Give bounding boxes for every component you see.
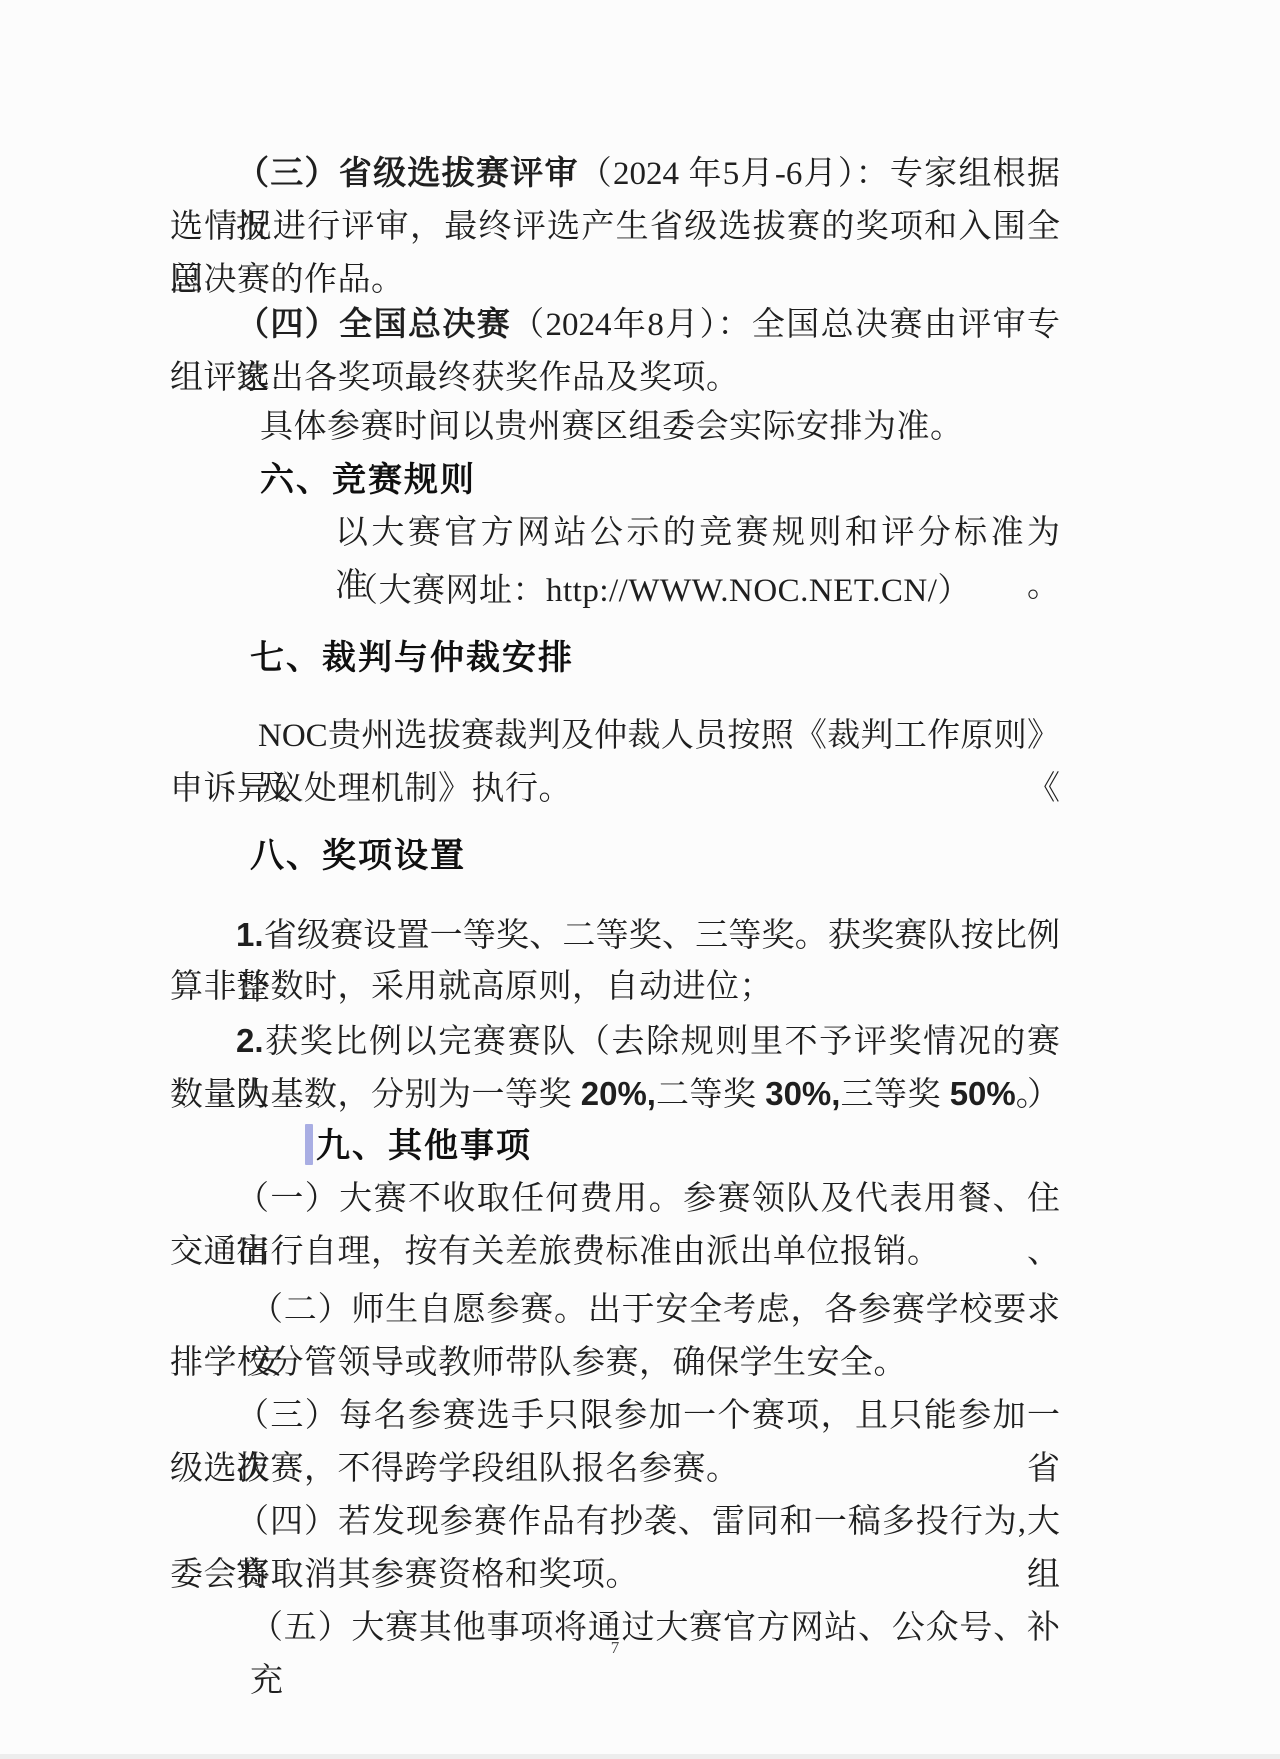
- text-segment: 算非整数时，采用就高原则，自动进位；: [170, 969, 773, 1005]
- text-segment: 20%,: [581, 1075, 656, 1112]
- text-segment: （四）全国总决赛: [236, 307, 511, 343]
- text-line[interactable]: 1.省级赛设置一等奖、二等奖、三等奖。获奖赛队按比例计: [170, 908, 1060, 961]
- text-line[interactable]: 组评选出各奖项最终获奖作品及奖项。: [170, 352, 1060, 405]
- text-segment: 三等奖: [840, 1077, 949, 1113]
- text-line[interactable]: 2.获奖比例以完赛赛队（去除规则里不予评奖情况的赛队）: [170, 1014, 1060, 1067]
- text-line[interactable]: 算非整数时，采用就高原则，自动进位；: [170, 961, 1060, 1014]
- text-segment: 八、奖项设置: [250, 837, 466, 875]
- heading-line[interactable]: 六、竞赛规则: [170, 454, 1060, 507]
- text-line[interactable]: （三）每名参赛选手只限参加一个赛项，且只能参加一次省: [170, 1390, 1060, 1443]
- text-line[interactable]: （三）省级选拔赛评审（2024 年5月-6月）：专家组根据报: [170, 148, 1060, 201]
- text-line[interactable]: （四）全国总决赛（2024年8月）：全国总决赛由评审专家: [170, 299, 1060, 352]
- text-line[interactable]: 排学校分管领导或教师带队参赛，确保学生安全。: [170, 1337, 1060, 1390]
- text-segment: （大赛网址：http://WWW.NOC.NET.CN/）: [345, 573, 971, 609]
- text-segment: 50%: [950, 1075, 1016, 1112]
- text-line[interactable]: 数量为基数，分别为一等奖 20%,二等奖 30%,三等奖 50%。: [170, 1067, 1060, 1120]
- text-segment: 委会将取消其参赛资格和奖项。: [170, 1557, 639, 1593]
- text-line[interactable]: 交通出行自理，按有关差旅费标准由派出单位报销。: [170, 1226, 1060, 1279]
- text-segment: 二等奖: [656, 1077, 765, 1113]
- text-segment: 。: [1016, 1077, 1050, 1113]
- text-segment: 组评选出各奖项最终获奖作品及奖项。: [170, 360, 740, 396]
- text-cursor: [305, 1124, 313, 1165]
- text-segment: 2.: [236, 1022, 264, 1059]
- text-line[interactable]: （一）大赛不收取任何费用。参赛领队及代表用餐、住宿、: [170, 1173, 1060, 1226]
- document-content: （三）省级选拔赛评审（2024 年5月-6月）：专家组根据报选情况进行评审，最终…: [170, 148, 1060, 1655]
- text-line[interactable]: （大赛网址：http://WWW.NOC.NET.CN/）: [170, 565, 1060, 618]
- text-segment: 1.: [236, 916, 264, 953]
- page-number: 7: [170, 1638, 1060, 1658]
- text-segment: 六、竞赛规则: [260, 461, 476, 499]
- text-segment: （三）省级选拔赛评审: [236, 156, 579, 192]
- text-segment: 数量为基数，分别为一等奖: [170, 1077, 581, 1113]
- page-edge-divider: [0, 1754, 1280, 1759]
- heading-line[interactable]: 八、奖项设置: [170, 830, 1060, 883]
- text-segment: 30%,: [765, 1075, 840, 1112]
- text-segment: 总决赛的作品。: [170, 262, 405, 298]
- text-line[interactable]: （二）师生自愿参赛。出于安全考虑，各参赛学校要求安: [170, 1284, 1060, 1337]
- heading-line[interactable]: 七、裁判与仲裁安排: [170, 632, 1060, 685]
- heading-line[interactable]: 九、其他事项: [170, 1120, 1060, 1173]
- text-segment: 申诉异议处理机制》执行。: [170, 771, 572, 807]
- text-segment: 级选拔赛，不得跨学段组队报名参赛。: [170, 1451, 740, 1487]
- text-line[interactable]: 选情况进行评审，最终评选产生省级选拔赛的奖项和入围全国: [170, 201, 1060, 254]
- text-segment: 七、裁判与仲裁安排: [250, 639, 574, 677]
- text-line[interactable]: NOC贵州选拔赛裁判及仲裁人员按照《裁判工作原则》及《: [170, 710, 1060, 763]
- text-line[interactable]: （四）若发现参赛作品有抄袭、雷同和一稿多投行为,大赛组: [170, 1496, 1060, 1549]
- text-segment: 九、其他事项: [316, 1127, 532, 1165]
- text-line[interactable]: 具体参赛时间以贵州赛区组委会实际安排为准。: [170, 401, 1060, 454]
- text-segment: 交通出行自理，按有关差旅费标准由派出单位报销。: [170, 1234, 941, 1270]
- text-segment: 排学校分管领导或教师带队参赛，确保学生安全。: [170, 1345, 907, 1381]
- text-line[interactable]: 以大赛官方网站公示的竞赛规则和评分标准为准。: [170, 507, 1060, 560]
- document-page: （三）省级选拔赛评审（2024 年5月-6月）：专家组根据报选情况进行评审，最终…: [0, 0, 1280, 1759]
- text-segment: 具体参赛时间以贵州赛区组委会实际安排为准。: [260, 409, 964, 445]
